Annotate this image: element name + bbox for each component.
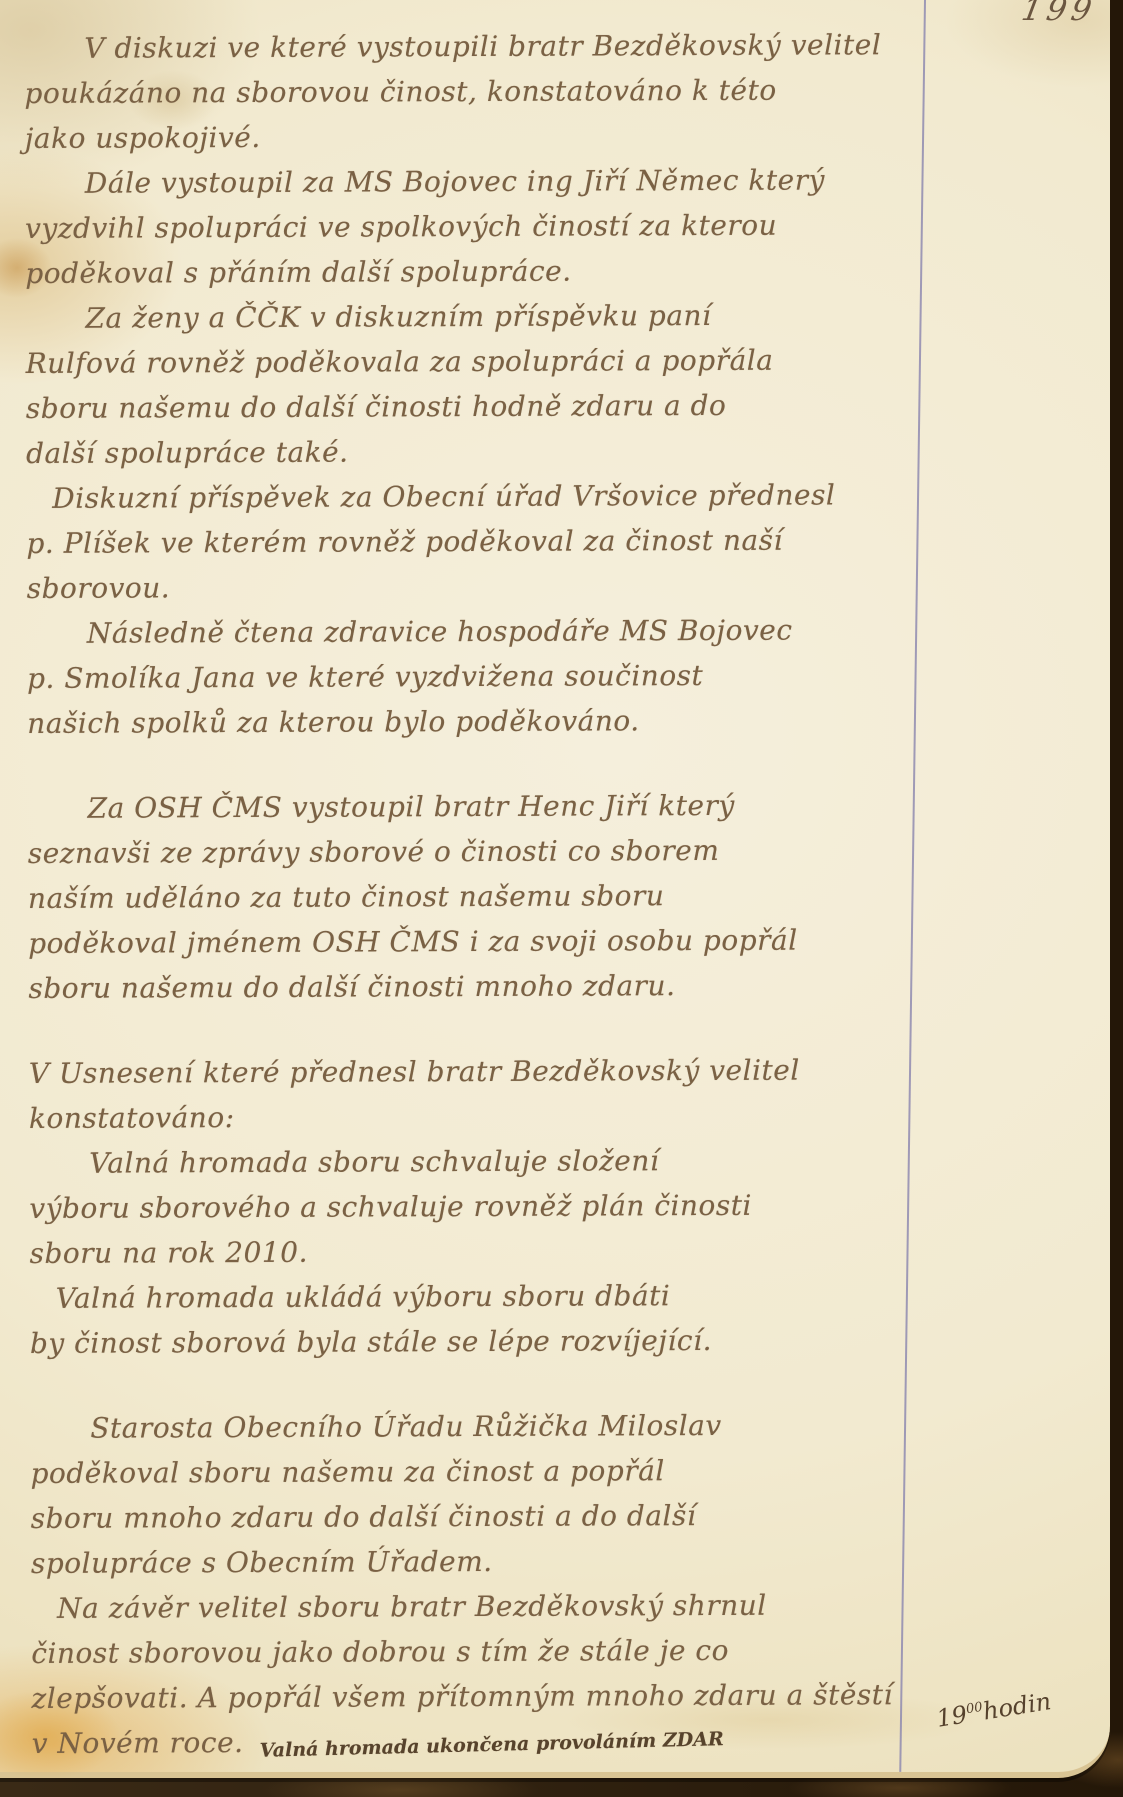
handwritten-line: naším uděláno za tuto činost našemu sbor… — [28, 872, 923, 921]
paragraph: Následně čtena zdravice hospodáře MS Boj… — [27, 607, 923, 746]
handwritten-line: v Novém roce.Valná hromada ukončena prov… — [32, 1717, 927, 1766]
handwritten-text: spolupráce s Obecním Úřadem. — [31, 1545, 493, 1580]
handwritten-line: poděkoval sboru našemu za činost a popřá… — [30, 1447, 925, 1496]
handwritten-text: konstatováno: — [29, 1101, 235, 1135]
handwritten-line: výboru sborového a schvaluje rovněž plán… — [29, 1182, 924, 1231]
handwritten-text: poděkoval sboru našemu za činost a popřá… — [30, 1454, 664, 1490]
paragraph: Za OSH ČMS vystoupil bratr Henc Jiří kte… — [28, 782, 924, 1011]
handwritten-line: vyzdvihl spolupráci ve spolkových činost… — [25, 202, 920, 251]
handwritten-line: sboru našemu do další činosti mnoho zdar… — [28, 962, 923, 1011]
handwritten-line: Na závěr velitel sboru bratr Bezděkovský… — [57, 1582, 926, 1631]
handwritten-text: výboru sborového a schvaluje rovněž plán… — [29, 1189, 752, 1225]
handwritten-text: Na závěr velitel sboru bratr Bezděkovský… — [57, 1589, 767, 1625]
handwritten-line: sboru mnoho zdaru do další činosti a do … — [31, 1492, 926, 1541]
handwritten-text: jako uspokojivé. — [25, 121, 261, 155]
handwritten-text: sborovou. — [27, 571, 171, 605]
handwritten-text: Dále vystoupil za MS Bojovec ing Jiří Ně… — [85, 163, 825, 199]
notebook-page: 199 V diskuzi ve které vystoupili bratr … — [0, 0, 1110, 1778]
handwritten-text: sboru našemu do další činosti mnoho zdar… — [28, 969, 675, 1005]
handwritten-line: Valná hromada ukládá výboru sboru dbáti — [56, 1272, 925, 1321]
handwritten-line: další spolupráce také. — [26, 427, 921, 476]
margin-time-note: 1900hodin — [935, 1687, 1053, 1733]
handwritten-line: Následně čtena zdravice hospodáře MS Boj… — [87, 607, 922, 656]
handwritten-text: sboru na rok 2010. — [29, 1236, 308, 1270]
handwritten-line: Dále vystoupil za MS Bojovec ing Jiří Ně… — [85, 157, 920, 206]
handwritten-line: poděkoval jménem OSH ČMS i za svoji osob… — [28, 917, 923, 966]
handwritten-text: Valná hromada ukládá výboru sboru dbáti — [56, 1279, 671, 1315]
handwritten-text: poděkoval s přáním další spolupráce. — [25, 255, 571, 290]
time-hours: 19 — [935, 1700, 970, 1732]
handwritten-text: Diskuzní příspěvek za Obecní úřad Vršovi… — [52, 478, 835, 514]
handwritten-text: p. Plíšek ve kterém rovněž poděkoval za … — [26, 524, 783, 560]
handwritten-line: Za ženy a ČČK v diskuzním příspěvku paní — [85, 292, 920, 341]
handwritten-line: sboru našemu do další činosti hodně zdar… — [26, 382, 921, 431]
handwritten-text: V Usnesení které přednesl bratr Bezděkov… — [29, 1054, 800, 1090]
page-number: 199 — [1019, 0, 1100, 28]
handwritten-text: vyzdvihl spolupráci ve spolkových činost… — [25, 209, 777, 245]
handwritten-text: by činost sborová byla stále se lépe roz… — [30, 1324, 712, 1360]
handwritten-text: sboru mnoho zdaru do další činosti a do … — [31, 1499, 697, 1535]
handwritten-text: zlepšovati. A popřál všem přítomným mnoh… — [31, 1678, 893, 1715]
handwritten-text: poukázáno na sborovou činost, konstatová… — [24, 74, 776, 110]
paragraph: Starosta Obecního Úřadu Růžička Miloslav… — [30, 1402, 926, 1586]
handwritten-line: spolupráce s Obecním Úřadem. — [31, 1537, 926, 1586]
handwritten-line: Rulfová rovněž poděkovala za spolupráci … — [26, 337, 921, 386]
handwritten-line: konstatováno: — [29, 1092, 924, 1141]
handwritten-line: V diskuzi ve které vystoupili bratr Bezd… — [84, 22, 919, 71]
handwritten-line: Starosta Obecního Úřadu Růžička Miloslav — [90, 1402, 925, 1451]
paragraph: Na závěr velitel sboru bratr Bezděkovský… — [31, 1582, 927, 1766]
inline-closing-annotation: Valná hromada ukončena provoláním ZDAR — [259, 1717, 724, 1774]
handwritten-line: poukázáno na sborovou činost, konstatová… — [24, 67, 919, 116]
handwritten-text-block: V diskuzi ve které vystoupili bratr Bezd… — [24, 22, 927, 1766]
handwritten-line: Za OSH ČMS vystoupil bratr Henc Jiří kte… — [88, 782, 923, 831]
handwritten-text: další spolupráce také. — [26, 436, 349, 470]
handwritten-text: p. Smolíka Jana ve které vyzdvižena souč… — [27, 659, 703, 695]
paragraph: V diskuzi ve které vystoupili bratr Bezd… — [24, 22, 920, 161]
handwritten-line: V Usnesení které přednesl bratr Bezděkov… — [29, 1047, 924, 1096]
handwritten-line: Diskuzní příspěvek za Obecní úřad Vršovi… — [52, 472, 921, 521]
paragraph: Za ženy a ČČK v diskuzním příspěvku paní… — [25, 292, 921, 476]
paragraph: Diskuzní příspěvek za Obecní úřad Vršovi… — [26, 472, 922, 611]
handwritten-line: sboru na rok 2010. — [29, 1227, 924, 1276]
scanned-page-background: { "page": { "number": "199", "time_note"… — [0, 0, 1123, 1797]
handwritten-line: činost sborovou jako dobrou s tím že stá… — [31, 1627, 926, 1676]
handwritten-line: p. Plíšek ve kterém rovněž poděkoval za … — [26, 517, 921, 566]
handwritten-text: v Novém roce. — [32, 1726, 244, 1760]
handwritten-text: Valná hromada sboru schvaluje složení — [89, 1144, 659, 1179]
handwritten-line: jako uspokojivé. — [25, 112, 920, 161]
handwritten-line: poděkoval s přáním další spolupráce. — [25, 247, 920, 296]
handwritten-text: V diskuzi ve které vystoupili bratr Bezd… — [84, 28, 881, 64]
paragraph: Dále vystoupil za MS Bojovec ing Jiří Ně… — [25, 157, 921, 296]
handwritten-text: Za ženy a ČČK v diskuzním příspěvku paní — [85, 299, 711, 335]
handwritten-line: by činost sborová byla stále se lépe roz… — [30, 1317, 925, 1366]
handwritten-text: Rulfová rovněž poděkovala za spolupráci … — [26, 344, 774, 380]
handwritten-line: našich spolků za kterou bylo poděkováno. — [27, 697, 922, 746]
handwritten-text: naším uděláno za tuto činost našemu sbor… — [28, 879, 665, 915]
handwritten-line: Valná hromada sboru schvaluje složení — [89, 1137, 924, 1186]
handwritten-text: poděkoval jménem OSH ČMS i za svoji osob… — [28, 924, 798, 960]
handwritten-line: sborovou. — [27, 562, 922, 611]
handwritten-text: činost sborovou jako dobrou s tím že stá… — [31, 1634, 729, 1670]
handwritten-text: Starosta Obecního Úřadu Růžička Miloslav — [90, 1409, 722, 1445]
handwritten-text: sboru našemu do další činosti hodně zdar… — [26, 389, 727, 425]
handwritten-text: seznavši ze zprávy sborové o činosti co … — [28, 834, 720, 870]
handwritten-line: zlepšovati. A popřál všem přítomným mnoh… — [31, 1672, 926, 1721]
time-unit: hodin — [981, 1687, 1053, 1725]
handwritten-line: seznavši ze zprávy sborové o činosti co … — [28, 827, 923, 876]
handwritten-line: p. Smolíka Jana ve které vyzdvižena souč… — [27, 652, 922, 701]
paragraph: V Usnesení které přednesl bratr Bezděkov… — [29, 1047, 925, 1366]
handwritten-text: Následně čtena zdravice hospodáře MS Boj… — [87, 614, 793, 650]
handwritten-text: Za OSH ČMS vystoupil bratr Henc Jiří kte… — [88, 789, 735, 825]
handwritten-text: našich spolků za kterou bylo poděkováno. — [27, 704, 639, 740]
